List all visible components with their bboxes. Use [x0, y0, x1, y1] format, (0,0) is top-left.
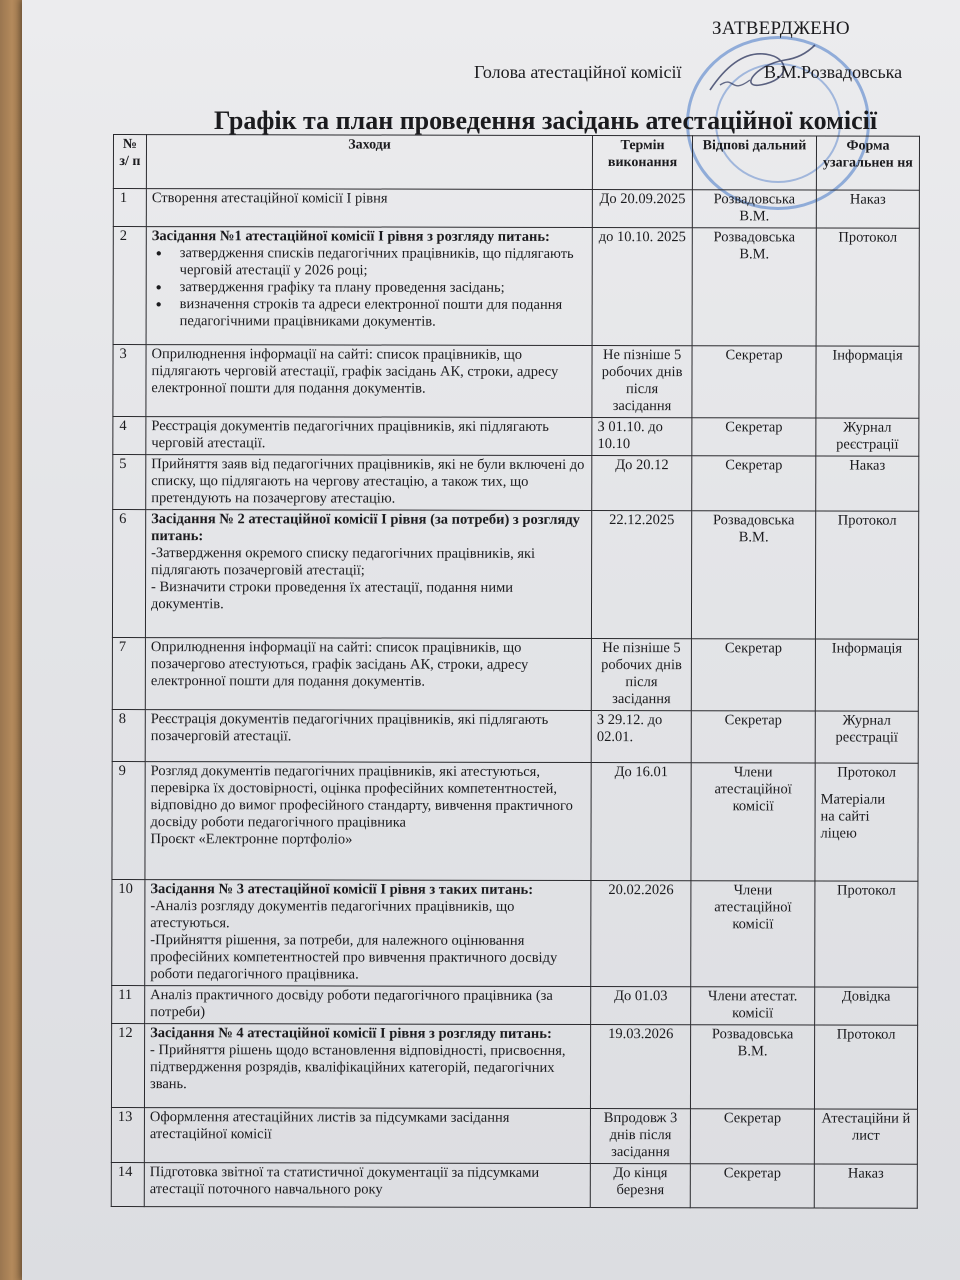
activity-text: Розгляд документів педагогічних працівни…	[150, 763, 585, 849]
form-type: Інформація	[822, 347, 914, 364]
term-cell: Не пізніше 5 робочих днів після засіданн…	[591, 639, 691, 711]
activity-text: -Затвердження окремого списку педагогічн…	[151, 545, 586, 614]
table-row: 13Оформлення атестаційних листів за підс…	[111, 1107, 917, 1164]
activity-cell: Оформлення атестаційних листів за підсум…	[144, 1108, 590, 1164]
approver-name: В.М.Розвадовська	[764, 62, 902, 83]
row-number: 7	[112, 637, 145, 709]
responsible-cell: Секретар	[691, 711, 815, 763]
form-type: Наказ	[821, 457, 913, 474]
responsible-cell: Члени атестаційної комісії	[691, 763, 815, 881]
form-type: Довідка	[820, 988, 912, 1005]
form-type: Журнал реєстрації	[821, 712, 913, 746]
activity-cell: Засідання № 3 атестаційної комісії І рів…	[145, 880, 591, 987]
activity-text: Оприлюднення інформації на сайті: список…	[151, 639, 586, 691]
activity-text: Оформлення атестаційних листів за підсум…	[150, 1109, 585, 1144]
form-type: Протокол	[820, 882, 912, 899]
form-cell: Довідка	[815, 987, 918, 1025]
row-number: 2	[113, 227, 146, 345]
table-row: 3Оприлюднення інформації на сайті: списо…	[113, 345, 919, 419]
column-header-responsible: Відпові дальний	[692, 136, 816, 190]
row-number: 9	[112, 761, 145, 879]
term-cell: до 10.10. 2025	[592, 228, 692, 346]
form-cell: Наказ	[816, 190, 919, 228]
form-type: Протокол	[821, 764, 913, 781]
row-number: 1	[113, 189, 146, 227]
agenda-item: визначення строків та адреси електронної…	[180, 296, 587, 331]
responsible-cell: Розвадовська В.М.	[692, 511, 816, 639]
term-cell: До 16.01	[591, 763, 691, 881]
row-number: 13	[111, 1107, 144, 1162]
form-cell: Журнал реєстрації	[816, 418, 919, 456]
form-type: Наказ	[822, 191, 914, 208]
form-cell: ПротоколМатеріали на сайті ліцею	[815, 763, 918, 881]
table-row: 14Підготовка звітної та статистичної док…	[111, 1162, 917, 1208]
responsible-cell: Секретар	[692, 418, 816, 456]
table-row: 5Прийняття заяв від педагогічних працівн…	[113, 455, 919, 512]
form-cell: Наказ	[814, 1164, 917, 1208]
table-row: 12Засідання № 4 атестаційної комісії І р…	[111, 1023, 917, 1109]
term-cell: 19.03.2026	[591, 1025, 691, 1109]
form-cell: Протокол	[815, 881, 918, 987]
activity-cell: Аналіз практичного досвіду роботи педаго…	[145, 986, 591, 1025]
term-cell: До 01.03	[591, 987, 691, 1025]
meeting-title: Засідання № 3 атестаційної комісії І рів…	[150, 881, 585, 899]
table-row: 9Розгляд документів педагогічних працівн…	[112, 761, 918, 881]
column-header-activity: Заходи	[146, 135, 592, 190]
meeting-title: Засідання №1 атестаційної комісії І рівн…	[152, 228, 587, 246]
activity-cell: Засідання №1 атестаційної комісії І рівн…	[146, 227, 592, 346]
form-type: Протокол	[822, 229, 914, 246]
table-row: 11Аналіз практичного досвіду роботи педа…	[112, 985, 918, 1025]
schedule-table: № з/ п Заходи Термін виконання Відпові д…	[111, 134, 920, 1209]
activity-text: Реєстрація документів педагогічних праці…	[151, 711, 586, 746]
activity-cell: Підготовка звітної та статистичної докум…	[144, 1163, 590, 1208]
activity-cell: Розгляд документів педагогічних працівни…	[145, 762, 591, 881]
form-type: Протокол	[820, 1026, 912, 1043]
table-header-row: № з/ п Заходи Термін виконання Відпові д…	[113, 135, 919, 191]
responsible-cell: Секретар	[692, 346, 816, 418]
form-cell: Журнал реєстрації	[815, 711, 918, 763]
row-number: 6	[112, 510, 145, 638]
form-cell: Протокол	[814, 1025, 917, 1109]
row-number: 10	[112, 879, 145, 985]
column-header-term: Термін виконання	[593, 136, 693, 190]
activity-cell: Засідання № 2 атестаційної комісії І рів…	[145, 510, 591, 639]
table-row: 6Засідання № 2 атестаційної комісії І рі…	[112, 510, 918, 640]
responsible-cell: Розвадовська В.М.	[692, 190, 816, 228]
responsible-cell: Розвадовська В.М.	[691, 1025, 815, 1109]
activity-text: Реєстрація документів педагогічних праці…	[151, 418, 586, 453]
form-type: Атестаційни й лист	[820, 1110, 912, 1144]
row-number: 14	[111, 1162, 144, 1206]
activity-text: Підготовка звітної та статистичної докум…	[150, 1164, 585, 1199]
term-cell: 22.12.2025	[592, 511, 692, 639]
form-type: Журнал реєстрації	[821, 419, 913, 453]
row-number: 8	[112, 709, 145, 761]
form-cell: Протокол	[816, 228, 919, 346]
column-header-num: № з/ п	[113, 135, 146, 189]
form-cell: Інформація	[815, 639, 918, 711]
table-row: 2Засідання №1 атестаційної комісії І рів…	[113, 227, 919, 347]
form-type: Протокол	[821, 512, 913, 529]
row-number: 11	[112, 985, 145, 1023]
form-type: Наказ	[820, 1165, 912, 1182]
form-cell: Наказ	[816, 456, 919, 511]
column-header-form: Форма узагальнен ня	[816, 136, 919, 190]
responsible-cell: Члени атестаційної комісії	[691, 881, 815, 987]
responsible-cell: Члени атестат. комісії	[691, 987, 815, 1025]
term-cell: До кінця березня	[590, 1164, 690, 1208]
activity-text: Аналіз практичного досвіду роботи педаго…	[150, 987, 585, 1022]
approver-position: Голова атестаційної комісії	[474, 62, 681, 82]
activity-cell: Реєстрація документів педагогічних праці…	[146, 417, 592, 456]
term-cell: До 20.09.2025	[592, 190, 692, 228]
form-cell: Атестаційни й лист	[814, 1109, 917, 1164]
row-number: 12	[111, 1023, 144, 1107]
responsible-cell: Секретар	[690, 1109, 814, 1164]
agenda-item: затвердження графіку та плану проведення…	[180, 279, 587, 297]
table-row: 7Оприлюднення інформації на сайті: списо…	[112, 637, 918, 711]
agenda-list: затвердження списків педагогічних праців…	[152, 245, 587, 331]
table-row: 8Реєстрація документів педагогічних прац…	[112, 709, 918, 763]
term-cell: Не пізніше 5 робочих днів після засіданн…	[592, 346, 692, 418]
agenda-item: затвердження списків педагогічних праців…	[180, 245, 587, 280]
row-number: 4	[113, 417, 146, 455]
activity-cell: Створення атестаційної комісії І рівня	[146, 189, 592, 228]
activity-text: -Аналіз розгляду документів педагогічних…	[150, 898, 585, 984]
form-type: Інформація	[821, 640, 913, 657]
row-number: 5	[113, 455, 146, 510]
activity-text: Прийняття заяв від педагогічних працівни…	[151, 456, 586, 508]
activity-cell: Оприлюднення інформації на сайті: список…	[146, 345, 592, 418]
row-number: 3	[113, 345, 146, 417]
form-cell: Інформація	[816, 346, 919, 418]
table-row: 4Реєстрація документів педагогічних прац…	[113, 417, 919, 457]
table-row: 1Створення атестаційної комісії І рівняД…	[113, 189, 919, 229]
term-cell: До 20.12	[592, 456, 692, 511]
responsible-cell: Секретар	[692, 456, 816, 511]
term-cell: З 29.12. до 02.01.	[591, 711, 691, 763]
responsible-cell: Розвадовська В.М.	[692, 228, 816, 346]
activity-cell: Реєстрація документів педагогічних праці…	[145, 710, 591, 763]
term-cell: 20.02.2026	[591, 881, 691, 987]
document-title: Графік та план проведення засідань атест…	[214, 106, 877, 136]
form-cell: Протокол	[815, 511, 918, 639]
meeting-title: Засідання № 2 атестаційної комісії І рів…	[151, 511, 586, 546]
table-row: 10Засідання № 3 атестаційної комісії І р…	[112, 879, 918, 987]
activity-text: Оприлюднення інформації на сайті: список…	[151, 346, 586, 398]
meeting-title: Засідання № 4 атестаційної комісії І рів…	[150, 1025, 585, 1043]
responsible-cell: Секретар	[690, 1164, 814, 1208]
activity-cell: Прийняття заяв від педагогічних працівни…	[146, 455, 592, 511]
activity-text: - Прийняття рішень щодо встановлення від…	[150, 1042, 585, 1094]
spacer	[821, 781, 913, 791]
approval-line: Голова атестаційної комісії В.М.Розвадов…	[474, 62, 681, 83]
term-cell: З 01.10. до 10.10	[592, 418, 692, 456]
approval-label: ЗАТВЕРДЖЕНО	[712, 18, 850, 40]
activity-cell: Засідання № 4 атестаційної комісії І рів…	[144, 1024, 590, 1109]
activity-cell: Оприлюднення інформації на сайті: список…	[145, 638, 591, 711]
form-extra: Матеріали на сайті ліцею	[821, 791, 891, 842]
responsible-cell: Секретар	[691, 639, 815, 711]
activity-text: Створення атестаційної комісії І рівня	[152, 190, 587, 208]
term-cell: Впродовж 3 днів після засідання	[590, 1109, 690, 1164]
